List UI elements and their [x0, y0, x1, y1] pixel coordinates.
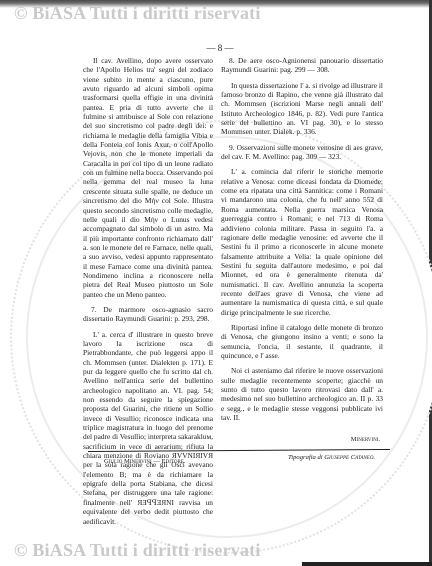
copyright-watermark-top: © BiASA Tutti i diritti riservati — [14, 3, 261, 24]
paragraph-venosa-catalogue: Riportasi infine il catalogo delle monet… — [221, 323, 383, 360]
paragraph-pietrabbondante: L' a. cerca d' illustrare in questo brev… — [83, 330, 213, 526]
paragraph-venosa-history: L' a. comincia dal riferir le storiche m… — [221, 167, 383, 317]
printer-credit: Tipografia di Giuseppe Cataneo. — [288, 454, 375, 461]
left-column: Il cav. Avellino, dopo avere osservato c… — [83, 56, 213, 526]
paragraph-avellino-apollo: Il cav. Avellino, dopo avere osservato c… — [83, 56, 213, 299]
right-column: 8. De aere osco-Agnionensi panouario dis… — [221, 56, 383, 422]
copyright-watermark-bottom: © BiASA Tutti i diritti riservati — [14, 540, 261, 561]
printer-prefix: Tipografia di — [288, 454, 323, 461]
paragraph-new-observations: Noi ci asteniamo dal riferire le nuove o… — [221, 366, 383, 422]
paragraph-rapino-bronze: In questa dissertazione l' a. si rivolge… — [221, 81, 383, 137]
author-signature: Minervini. — [330, 436, 380, 443]
section-heading-8: 8. De aere osco-Agnionensi panouario dis… — [221, 56, 383, 75]
page-number: — 8 — — [205, 43, 235, 53]
scan-edge-bottom — [302, 562, 432, 566]
printer-name: Giuseppe Cataneo. — [324, 454, 375, 461]
editor-credit: Giulio Minervini — Editore. — [104, 458, 186, 465]
section-heading-9: 9. Osservazioni sulle monete venosine di… — [221, 143, 383, 162]
section-heading-7: 7. De marmore osco-agnasio sacro dissert… — [83, 305, 213, 324]
